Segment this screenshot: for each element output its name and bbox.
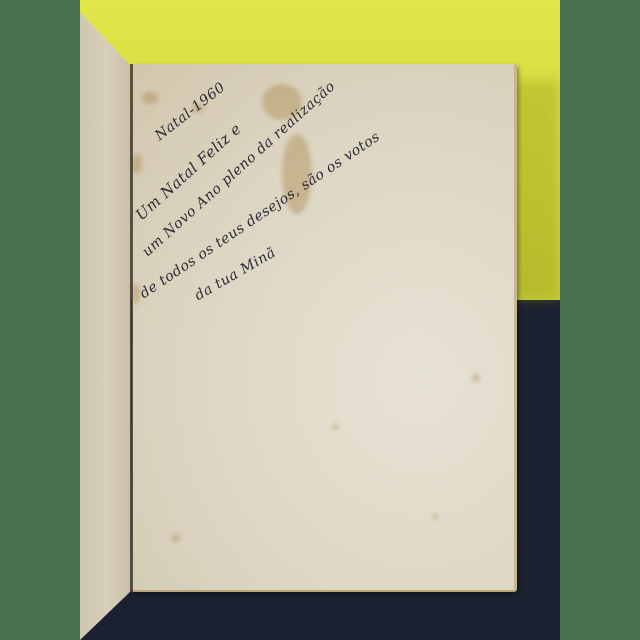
endpaper-page: Natal-1960 Um Natal Feliz e um Novo Ano … [132, 64, 517, 592]
left-border [0, 0, 80, 640]
handwritten-inscription: Natal-1960 Um Natal Feliz e um Novo Ano … [132, 64, 514, 590]
left-page-edge [80, 0, 132, 640]
right-border [560, 0, 640, 640]
book-gutter [130, 64, 133, 592]
book-photo: Natal-1960 Um Natal Feliz e um Novo Ano … [80, 0, 560, 640]
page-shadow [510, 80, 560, 300]
